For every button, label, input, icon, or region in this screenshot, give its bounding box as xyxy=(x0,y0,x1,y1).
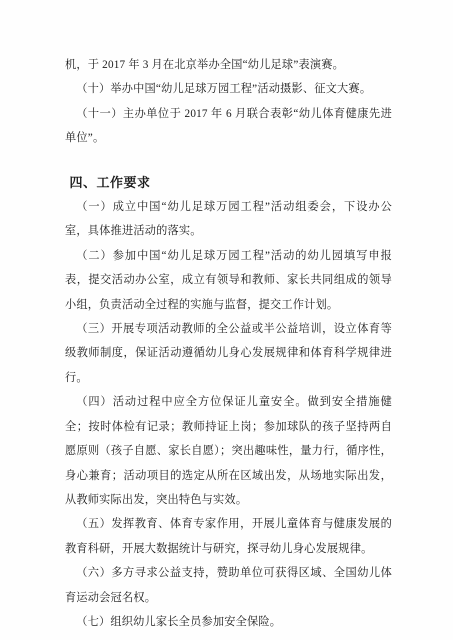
paragraph: （十一）主办单位于 2017 年 6 月联合表彰“幼儿体育健康先进单位”。 xyxy=(65,102,392,151)
document-page: 机，于 2017 年 3 月在北京举办全国“幼儿足球”表演赛。（十）举办中国“幼… xyxy=(0,0,453,640)
paragraph: （二）参加中国“幼儿足球万园工程”活动的幼儿园填写申报表，提交活动办公室，成立有… xyxy=(65,244,392,317)
paragraph: （五）发挥教育、体育专家作用，开展儿童体育与健康发展的教育科研，开展大数据统计与… xyxy=(65,512,392,561)
paragraph: （四）活动过程中应全方位保证儿童安全。做到安全措施健全；按时体检有记录；教师持证… xyxy=(65,390,392,512)
document-body: 机，于 2017 年 3 月在北京举办全国“幼儿足球”表演赛。（十）举办中国“幼… xyxy=(65,53,392,634)
paragraph: 机，于 2017 年 3 月在北京举办全国“幼儿足球”表演赛。 xyxy=(65,53,392,77)
paragraph: （七）组织幼儿家长全员参加安全保险。 xyxy=(65,610,392,634)
paragraph: （三）开展专项活动教师的全公益或半公益培训，设立体育等级教师制度，保证活动遵循幼… xyxy=(65,317,392,390)
section-heading: 四、工作要求 xyxy=(65,171,392,195)
paragraph: （十）举办中国“幼儿足球万园工程”活动摄影、征文大赛。 xyxy=(65,77,392,101)
paragraph: （一）成立中国“幼儿足球万园工程”活动组委会，下设办公室，具体推进活动的落实。 xyxy=(65,195,392,244)
paragraph: （六）多方寻求公益支持，赞助单位可获得区域、全国幼儿体育运动会冠名权。 xyxy=(65,561,392,610)
